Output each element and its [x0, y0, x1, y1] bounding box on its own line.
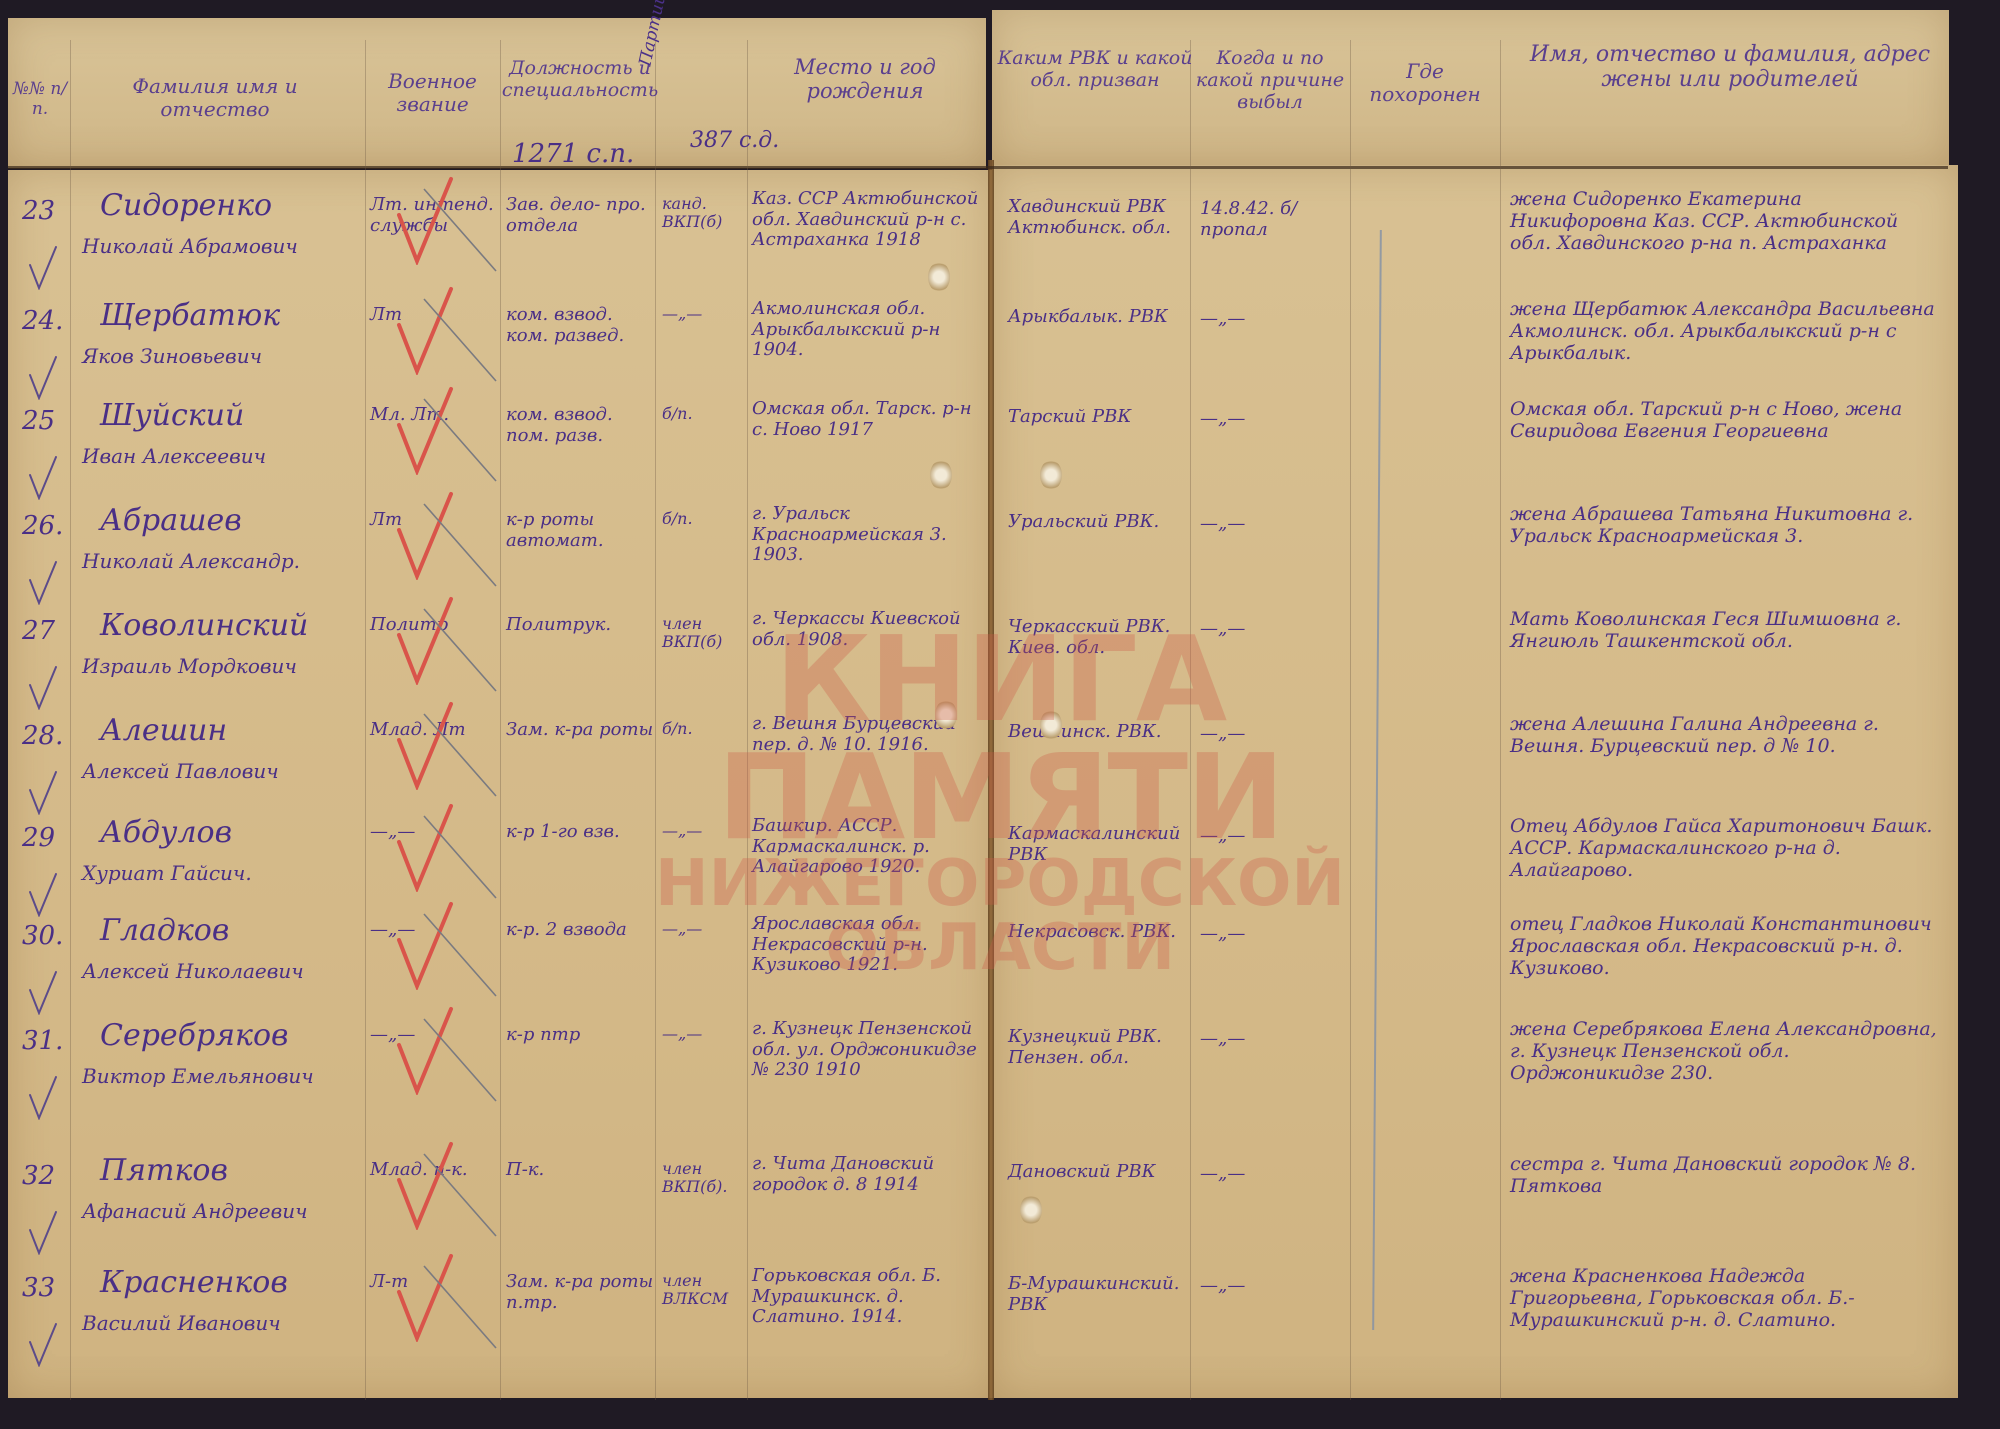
pencil-stroke: [420, 605, 500, 695]
row-rvk: Вешнинск. РВК.: [1008, 722, 1188, 743]
row-rvk: Некрасовск. РВК.: [1008, 922, 1188, 943]
pencil-tick-mark: [28, 770, 58, 815]
row-number: 23: [22, 197, 72, 227]
punch-hole: [1040, 710, 1062, 740]
row-date: —„—: [1200, 1164, 1345, 1185]
row-date: —„—: [1200, 724, 1345, 745]
punch-hole: [1020, 1195, 1042, 1225]
row-number: 24.: [22, 307, 72, 337]
row-number: 26.: [22, 512, 72, 542]
row-number: 25: [22, 407, 72, 437]
row-rvk: Черкасский РВК. Киев. обл.: [1008, 617, 1188, 658]
pencil-tick-mark: [28, 1322, 58, 1367]
row-position: ком. взвод. пом. разв.: [506, 405, 656, 446]
row-birthplace: Ярославская обл. Некрасовский р-н. Кузик…: [752, 914, 992, 976]
row-position: ком. взвод. ком. развед.: [506, 305, 656, 346]
pencil-stroke: [420, 710, 500, 800]
pencil-tick-mark: [28, 872, 58, 917]
column-rule: [70, 40, 71, 1400]
row-date: —„—: [1200, 924, 1345, 945]
punch-hole: [935, 700, 957, 730]
row-party: б/п.: [662, 720, 747, 738]
row-given-names: Николай Александр.: [82, 550, 372, 573]
row-surname: Абрашев: [100, 504, 370, 539]
pencil-stroke: [420, 812, 500, 902]
pencil-tick-mark: [28, 1075, 58, 1120]
row-rvk: Кармаскалинский РВК: [1008, 824, 1188, 865]
row-rvk: Арыкбалык. РВК: [1008, 307, 1188, 328]
column-header-burial: Где похоронен: [1355, 60, 1495, 106]
row-party: б/п.: [662, 405, 747, 423]
row-rvk: Уральский РВК.: [1008, 512, 1188, 533]
pencil-tick-mark: [28, 1210, 58, 1255]
row-family-address: жена Сидоренко Екатерина Никифоровна Каз…: [1510, 189, 1940, 255]
row-surname: Абдулов: [100, 816, 370, 851]
row-party: член ВКП(б).: [662, 1160, 747, 1197]
row-family-address: Мать Коволинская Геся Шимшовна г. Янгиюл…: [1510, 609, 1940, 653]
row-position: к-р. 2 взвода: [506, 920, 656, 941]
row-date: —„—: [1200, 826, 1345, 847]
row-party: —„—: [662, 920, 747, 938]
pencil-stroke: [420, 395, 500, 485]
pencil-stroke: [420, 1150, 500, 1240]
row-birthplace: г. Уральск Красноармейская 3. 1903.: [752, 504, 992, 566]
row-family-address: жена Абрашева Татьяна Никитовна г. Ураль…: [1510, 504, 1940, 548]
row-rvk: Хавдинский РВК Актюбинск. обл.: [1008, 197, 1188, 238]
row-rvk: Тарский РВК: [1008, 407, 1188, 428]
row-date: —„—: [1200, 514, 1345, 535]
row-date: 14.8.42. б/пропал: [1200, 199, 1345, 240]
column-header-num: №№ п/п.: [10, 80, 70, 119]
row-number: 33: [22, 1274, 72, 1304]
row-number: 29: [22, 824, 72, 854]
row-position: Зав. дело- про. отдела: [506, 195, 656, 236]
row-position: П-к.: [506, 1160, 656, 1181]
row-family-address: жена Алешина Галина Андреевна г. Вешня. …: [1510, 714, 1940, 758]
column-header-position: Должность и специальность: [500, 58, 660, 102]
punch-hole: [1040, 460, 1062, 490]
row-date: —„—: [1200, 1276, 1345, 1297]
column-header-name: Фамилия имя и отчество: [95, 75, 335, 121]
row-birthplace: Акмолинская обл. Арыкбалыкский р-н 1904.: [752, 299, 992, 361]
column-header-birth: Место и год рождения: [760, 55, 970, 103]
row-surname: Шуйский: [100, 399, 370, 434]
punch-hole: [928, 262, 950, 292]
row-given-names: Яков Зиновьевич: [82, 345, 372, 368]
row-number: 27: [22, 617, 72, 647]
row-date: —„—: [1200, 309, 1345, 330]
pencil-tick-mark: [28, 245, 58, 290]
pencil-tick-mark: [28, 665, 58, 710]
row-party: —„—: [662, 305, 747, 323]
row-surname: Алешин: [100, 714, 370, 749]
row-given-names: Виктор Емельянович: [82, 1065, 372, 1088]
row-number: 31.: [22, 1027, 72, 1057]
pencil-stroke: [420, 910, 500, 1000]
header-divider: [8, 166, 1948, 169]
pencil-stroke: [420, 500, 500, 590]
row-surname: Гладков: [100, 914, 370, 949]
row-family-address: жена Серебрякова Елена Александровна, г.…: [1510, 1019, 1940, 1085]
row-surname: Коволинский: [100, 609, 370, 644]
column-rule: [1190, 40, 1191, 1400]
pencil-tick-mark: [28, 970, 58, 1015]
row-surname: Щербатюк: [100, 299, 370, 334]
row-date: —„—: [1200, 619, 1345, 640]
row-surname: Серебряков: [100, 1019, 370, 1054]
row-party: канд. ВКП(б): [662, 195, 747, 232]
pencil-tick-mark: [28, 355, 58, 400]
row-given-names: Хуриат Гайсич.: [82, 862, 372, 885]
row-party: член ВКП(б): [662, 615, 747, 652]
column-header-family: Имя, отчество и фамилия, адрес жены или …: [1510, 42, 1950, 93]
row-birthplace: г. Чита Дановский городок д. 8 1914: [752, 1154, 992, 1195]
row-position: Зам. к-ра роты п.тр.: [506, 1272, 656, 1313]
column-rule: [500, 40, 501, 1400]
row-position: Зам. к-ра роты: [506, 720, 656, 741]
column-header-date: Когда и по какой причине выбыл: [1190, 48, 1350, 114]
pencil-stroke: [420, 1015, 500, 1105]
row-position: Политрук.: [506, 615, 656, 636]
row-position: к-р птр: [506, 1025, 656, 1046]
row-position: к-р 1-го взв.: [506, 822, 656, 843]
row-family-address: Отец Абдулов Гайса Харитонович Башк. АСС…: [1510, 816, 1940, 882]
row-number: 28.: [22, 722, 72, 752]
row-family-address: отец Гладков Николай Константинович Ярос…: [1510, 914, 1940, 980]
row-family-address: сестра г. Чита Дановский городок № 8. Пя…: [1510, 1154, 1940, 1198]
pencil-stroke: [420, 1262, 500, 1352]
column-header-rvk: Каким РВК и какой обл. призван: [995, 48, 1195, 92]
division-annotation: 387 с.д.: [690, 128, 779, 153]
column-rule: [1500, 40, 1501, 1400]
row-rvk: Б-Мурашкинский. РВК: [1008, 1274, 1188, 1315]
pencil-tick-mark: [28, 455, 58, 500]
row-birthplace: Горьковская обл. Б. Мурашкинск. д. Слати…: [752, 1266, 992, 1328]
row-birthplace: Каз. ССР Актюбинской обл. Хавдинский р-н…: [752, 189, 992, 251]
row-given-names: Василий Иванович: [82, 1312, 372, 1335]
row-party: б/п.: [662, 510, 747, 528]
pencil-stroke: [420, 185, 500, 275]
pencil-stroke: [420, 295, 500, 385]
row-family-address: жена Красненкова Надежда Григорьевна, Го…: [1510, 1266, 1940, 1332]
column-rule: [1350, 40, 1351, 1400]
row-birthplace: Омская обл. Тарск. р-н с. Ново 1917: [752, 399, 992, 440]
unit-annotation: 1271 с.п.: [512, 140, 634, 170]
row-surname: Сидоренко: [100, 189, 370, 224]
row-party: —„—: [662, 1025, 747, 1043]
row-position: к-р роты автомат.: [506, 510, 656, 551]
row-given-names: Николай Абрамович: [82, 235, 372, 258]
row-date: —„—: [1200, 1029, 1345, 1050]
row-birthplace: Башкир. АССР. Кармаскалинск. р. Алайгаро…: [752, 816, 992, 878]
row-family-address: жена Щербатюк Александра Васильевна Акмо…: [1510, 299, 1940, 365]
row-rvk: Кузнецкий РВК. Пензен. обл.: [1008, 1027, 1188, 1068]
pencil-tick-mark: [28, 560, 58, 605]
row-given-names: Афанасий Андреевич: [82, 1200, 372, 1223]
row-surname: Пятков: [100, 1154, 370, 1189]
row-party: член ВЛКСМ: [662, 1272, 747, 1309]
row-number: 32: [22, 1162, 72, 1192]
row-given-names: Алексей Павлович: [82, 760, 372, 783]
row-given-names: Израиль Мордкович: [82, 655, 372, 678]
row-family-address: Омская обл. Тарский р-н с Ново, жена Сви…: [1510, 399, 1940, 443]
row-given-names: Иван Алексеевич: [82, 445, 372, 468]
row-surname: Красненков: [100, 1266, 370, 1301]
row-rvk: Дановский РВК: [1008, 1162, 1188, 1183]
row-number: 30.: [22, 922, 72, 952]
row-birthplace: г. Черкассы Киевской обл. 1908.: [752, 609, 992, 650]
row-birthplace: г. Кузнецк Пензенской обл. ул. Орджоники…: [752, 1019, 992, 1081]
column-rule: [747, 40, 748, 1400]
row-party: —„—: [662, 822, 747, 840]
column-header-rank: Военное звание: [365, 70, 500, 116]
punch-hole: [930, 460, 952, 490]
row-date: —„—: [1200, 409, 1345, 430]
row-given-names: Алексей Николаевич: [82, 960, 372, 983]
